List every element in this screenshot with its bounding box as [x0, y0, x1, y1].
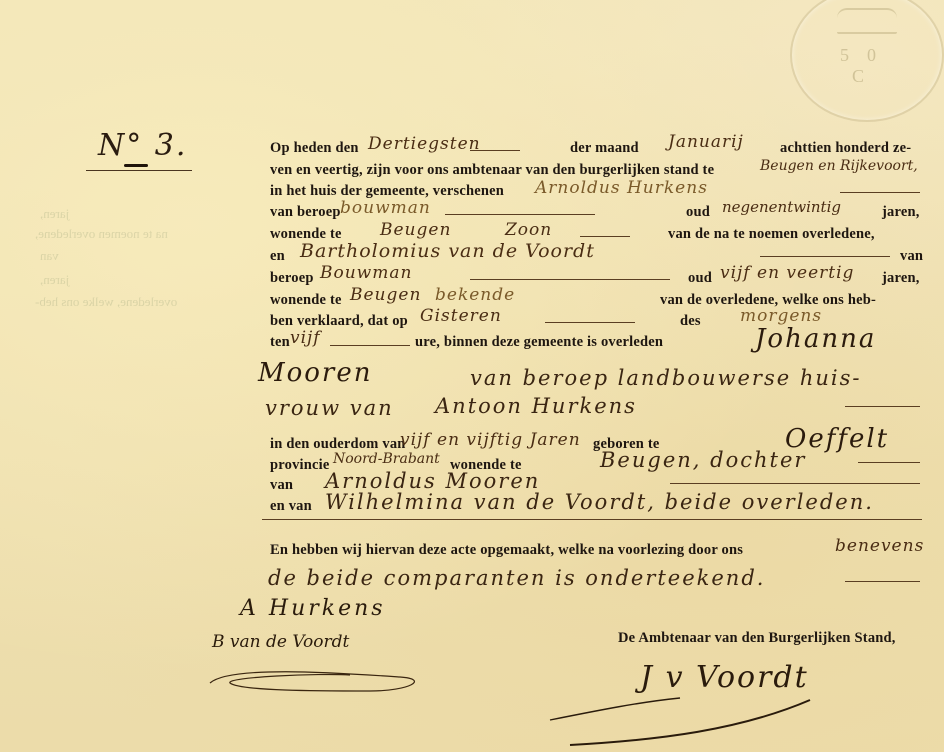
act-number: N° 3.: [98, 128, 187, 163]
handwritten-declarant1-name: Arnoldus Hurkens: [535, 178, 708, 198]
printed-text: wonende te: [270, 292, 342, 309]
official-label: De Ambtenaar van den Burgerlijken Stand,: [618, 630, 896, 647]
fill-line: [858, 462, 920, 463]
handwritten-date: Gisteren: [420, 306, 502, 326]
signature-flourish-icon: [540, 680, 820, 750]
printed-text: van: [900, 248, 923, 265]
embossed-seal: 50 C: [790, 0, 944, 122]
handwritten-occupation: Bouwman: [320, 263, 412, 283]
fill-line: [670, 483, 920, 484]
handwritten-residence: Beugen: [350, 285, 421, 305]
fill-line: [840, 192, 920, 193]
handwritten-mother-name: Wilhelmina van de Voordt, beide overlede…: [325, 490, 874, 514]
printed-text: ten: [270, 334, 290, 351]
fill-line: [845, 581, 920, 582]
fill-line: [445, 214, 595, 215]
fill-line: [470, 279, 670, 280]
bleed-through-text: van: [40, 248, 59, 264]
divider: [124, 164, 148, 167]
printed-text: des: [680, 313, 701, 330]
handwritten-hour: vijf: [290, 328, 321, 348]
handwritten-month: Januarij: [668, 132, 744, 152]
handwritten-province: Noord-Brabant: [333, 451, 440, 467]
handwritten-declarant2-name: Bartholomius van de Voordt: [300, 240, 595, 262]
bleed-through-text: overledene, welke ons heb-: [35, 294, 177, 310]
handwritten-relation: Zoon: [505, 220, 552, 240]
handwritten-deceased-occupation: van beroep landbouwerse huis-: [470, 366, 861, 390]
handwritten-deceased-firstname: Johanna: [755, 324, 876, 354]
handwritten-municipality: Beugen en Rijkevoort,: [760, 158, 918, 174]
fill-line: [845, 406, 920, 407]
printed-text: en van: [270, 498, 312, 515]
printed-text: der maand: [570, 140, 639, 157]
signature-witness2: B van de Voordt: [212, 632, 349, 652]
fill-line: [580, 236, 630, 237]
fill-line: [545, 322, 635, 323]
handwritten-relation: bekende: [435, 285, 515, 305]
signature-witness1: A Hurkens: [240, 596, 386, 621]
handwritten-spouse-name: Antoon Hurkens: [435, 394, 637, 418]
printed-text: achttien honderd ze-: [780, 140, 911, 157]
printed-text: provincie: [270, 457, 330, 474]
printed-text: van de na te noemen overledene,: [668, 226, 875, 243]
printed-text: jaren,: [882, 270, 920, 287]
fill-line: [330, 345, 410, 346]
handwritten-day: Dertiegsten: [368, 134, 481, 154]
fill-line: [760, 256, 890, 257]
printed-text: jaren,: [882, 204, 920, 221]
bleed-through-text: na te noemen overledene,: [35, 226, 168, 242]
handwritten-text: vrouw van: [265, 396, 394, 420]
handwritten-occupation: bouwman: [340, 198, 431, 218]
fill-line: [470, 150, 520, 151]
handwritten-deceased-surname: Mooren: [258, 358, 373, 388]
seal-value: 50 C: [817, 45, 917, 87]
printed-text: en: [270, 248, 285, 265]
bleed-through-text: jaren,: [40, 206, 69, 222]
printed-text: beroep: [270, 270, 314, 287]
document-page: 50 C jaren, na te noemen overledene, van…: [0, 0, 944, 752]
handwritten-residence: Beugen: [380, 220, 451, 240]
handwritten-time-of-day: morgens: [740, 306, 822, 326]
crown-icon: [837, 8, 897, 34]
printed-text: oud: [686, 204, 710, 221]
handwritten-age: vijf en vijftig Jaren: [400, 430, 581, 450]
signature-flourish-icon: [200, 655, 430, 695]
printed-text: ure, binnen deze gemeente is overleden: [415, 334, 663, 351]
printed-text: ven en veertig, zijn voor ons ambtenaar …: [270, 162, 714, 179]
printed-text: Op heden den: [270, 140, 359, 157]
handwritten-residence: Beugen, dochter: [600, 448, 806, 472]
printed-text: van: [270, 477, 293, 494]
handwritten-age: negenentwintig: [722, 198, 841, 216]
printed-text: van beroep: [270, 204, 341, 221]
handwritten-text: benevens: [835, 536, 924, 556]
printed-text: En hebben wij hiervan deze acte opgemaak…: [270, 542, 743, 559]
handwritten-age: vijf en veertig: [720, 263, 854, 283]
fill-line: [262, 519, 922, 520]
bleed-through-text: jaren,: [40, 272, 69, 288]
divider: [86, 170, 192, 171]
printed-text: oud: [688, 270, 712, 287]
handwritten-closing: de beide comparanten is onderteekend.: [268, 566, 765, 590]
